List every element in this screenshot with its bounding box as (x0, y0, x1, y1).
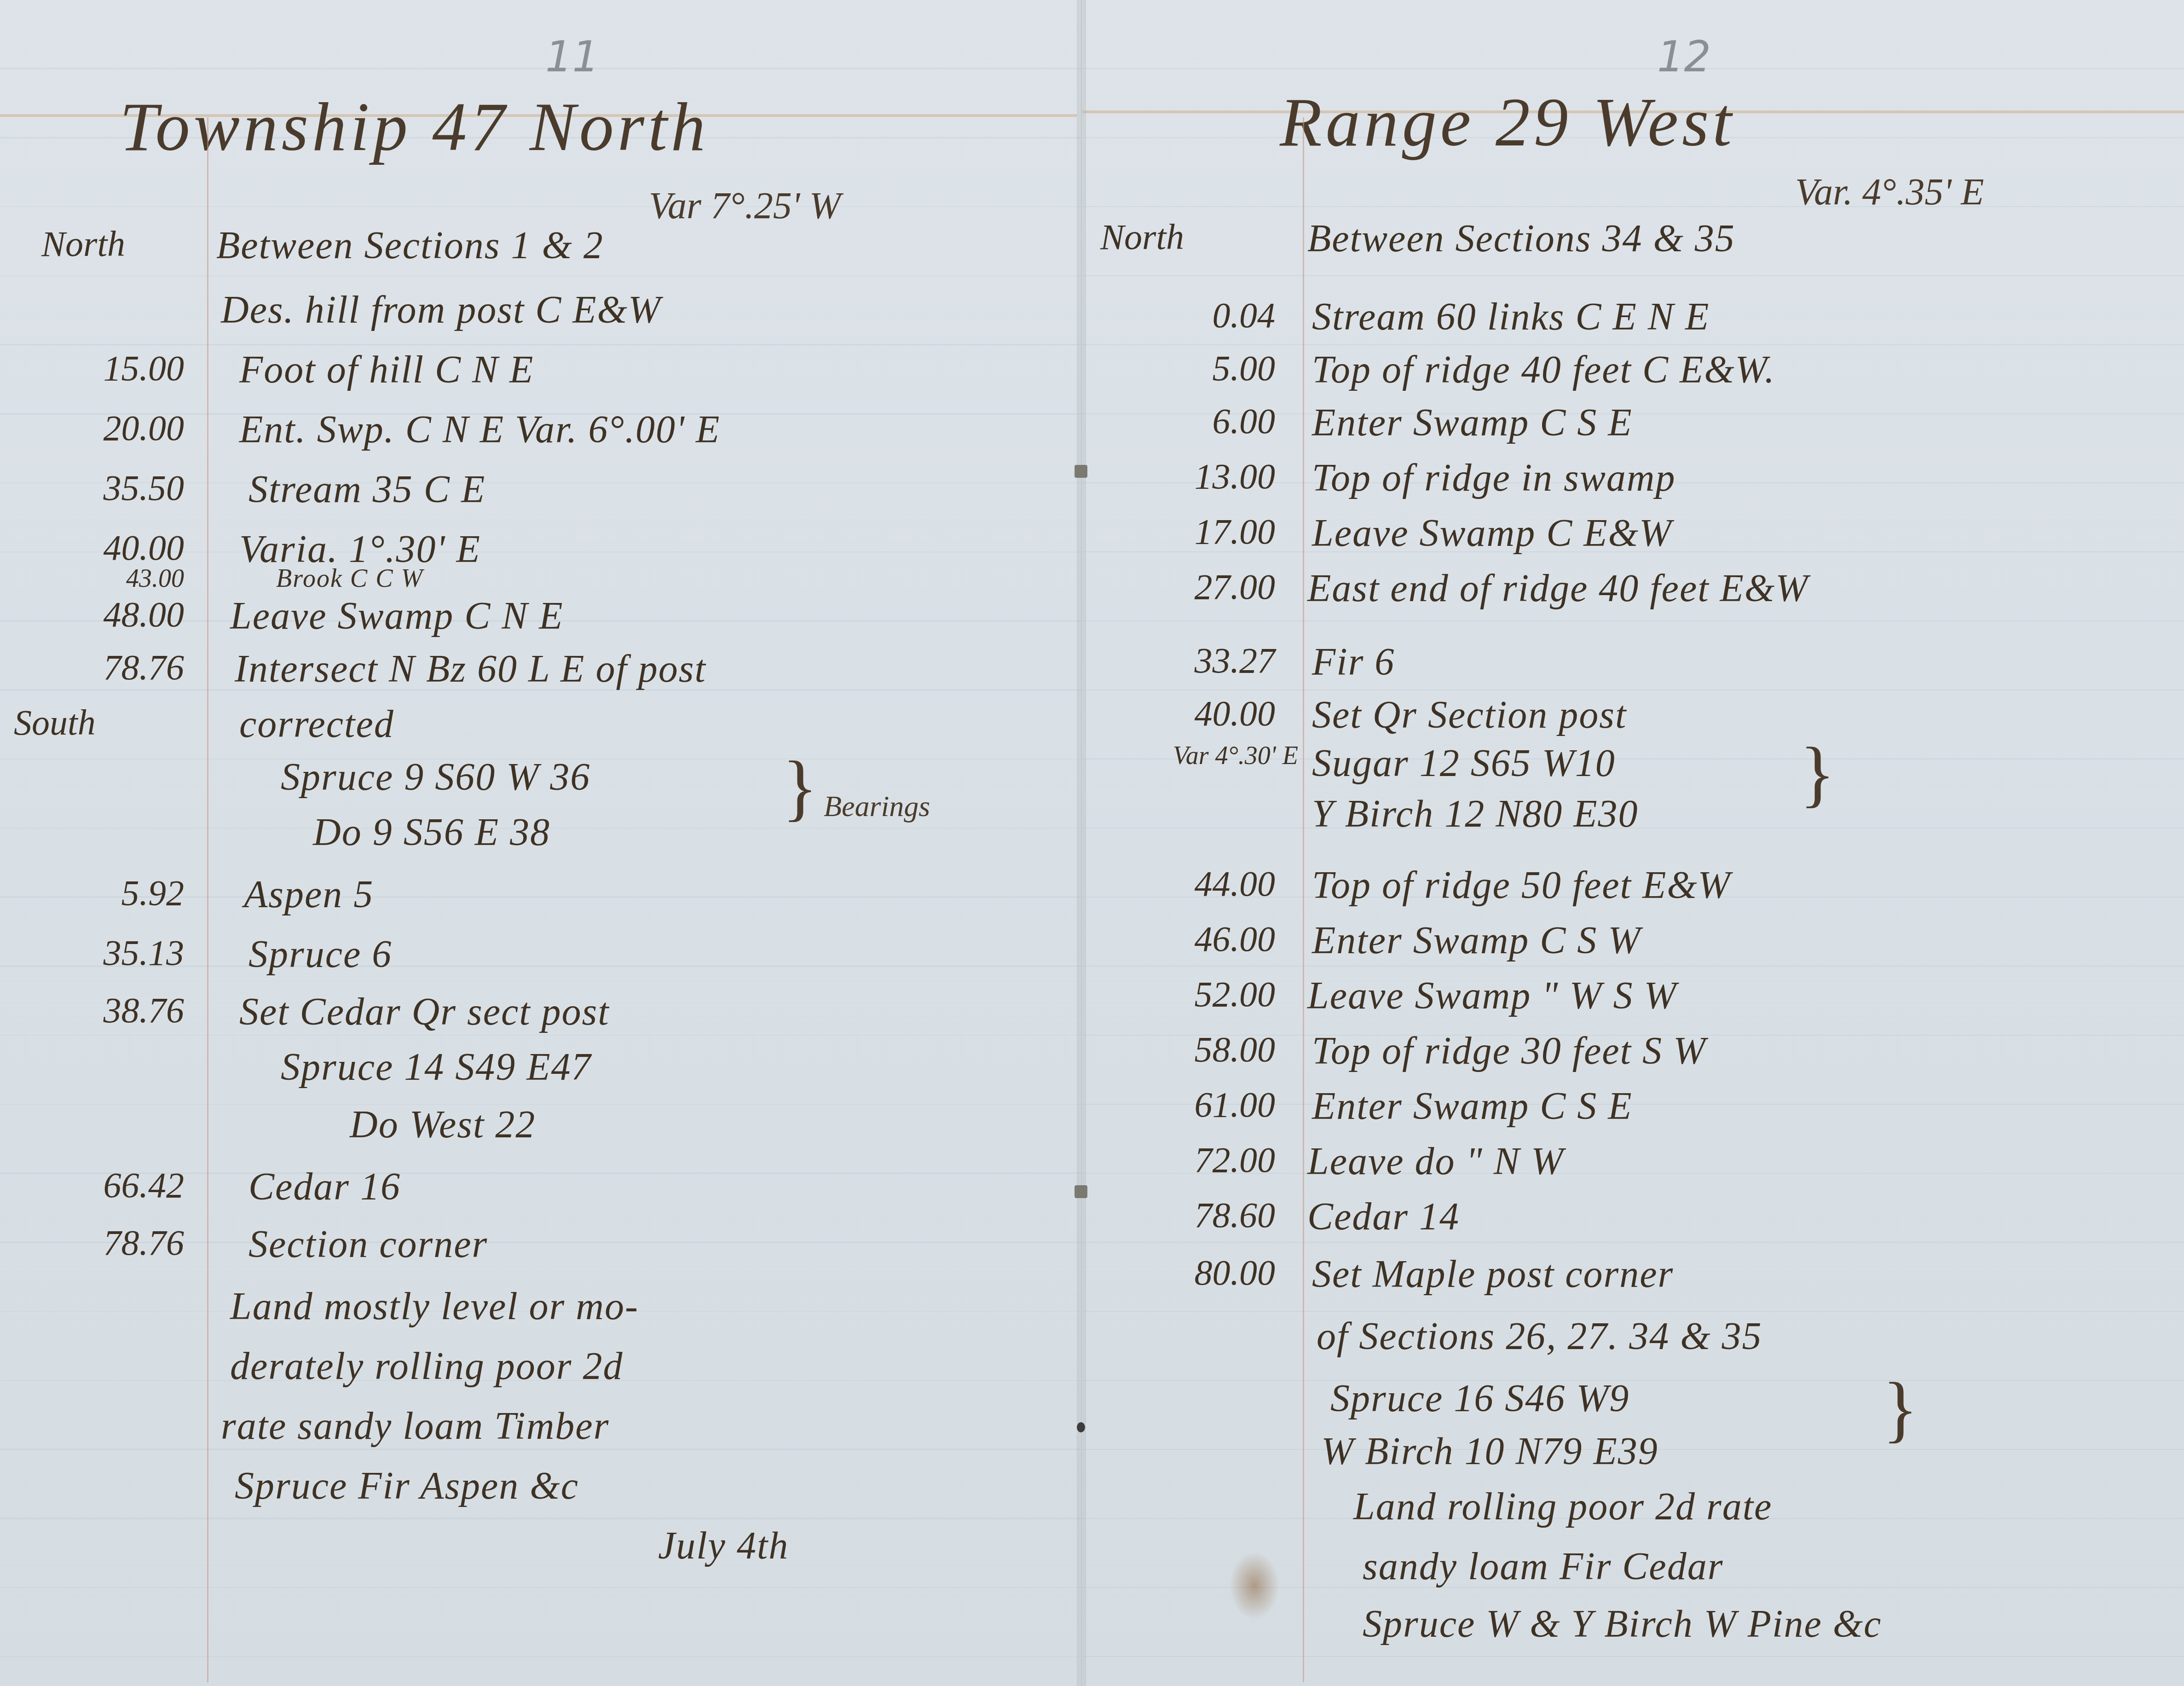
distance: 48.00 (28, 594, 184, 635)
entry-date: July 4th (658, 1524, 789, 1568)
entry-text: Land mostly level or mo- (230, 1284, 639, 1329)
entry-text: Aspen 5 (244, 872, 374, 917)
distance: 78.76 (28, 1222, 184, 1263)
distance: 5.92 (28, 872, 184, 914)
distance: 35.50 (28, 467, 184, 509)
distance: 20.00 (28, 407, 184, 449)
entry-text: Top of ridge 40 feet C E&W. (1312, 348, 1775, 392)
page-number: 12 (1657, 32, 1711, 81)
distance: 40.00 (1109, 693, 1275, 734)
entry-text: Set Maple post corner (1312, 1252, 1674, 1297)
entry-text: Enter Swamp C S E (1312, 400, 1633, 445)
distance: 43.00 (28, 564, 184, 593)
entry-text: Spruce 9 S60 W 36 (281, 755, 590, 800)
entry-text: Intersect N Bz 60 L E of post (235, 647, 706, 691)
distance: 6.00 (1109, 400, 1275, 442)
entry-text: corrected (239, 702, 394, 747)
entry-row: 80.00Set Maple post corner (1082, 1252, 2184, 1307)
entry-text: Spruce 14 S49 E47 (281, 1045, 592, 1089)
distance: 78.60 (1109, 1194, 1275, 1236)
distance: 35.13 (28, 932, 184, 973)
distance: 0.04 (1109, 295, 1275, 336)
entry-row: 78.60Cedar 14 (1082, 1194, 2184, 1250)
entry-text: Y Birch 12 N80 E30 (1312, 792, 1639, 836)
entry-text: Top of ridge in swamp (1312, 456, 1676, 500)
entry-text: W Birch 10 N79 E39 (1321, 1429, 1658, 1474)
distance: 5.00 (1109, 348, 1275, 389)
entry-row: 0.04Stream 60 links C E N E (1082, 295, 2184, 350)
entry-row: NorthBetween Sections 1 & 2 (0, 223, 1081, 278)
entry-row: Des. hill from post C E&W (0, 288, 1081, 343)
entry-text: Leave Swamp C E&W (1312, 511, 1672, 556)
entry-row: 78.76Intersect N Bz 60 L E of post (0, 647, 1081, 702)
entry-row: 52.00Leave Swamp " W S W (1082, 973, 2184, 1029)
entry-text: Do 9 S56 E 38 (313, 810, 550, 855)
bracket-label: Bearings (824, 789, 930, 823)
entry-row: 66.42Cedar 16 (0, 1165, 1081, 1220)
distance: 52.00 (1109, 973, 1275, 1015)
distance: 58.00 (1109, 1029, 1275, 1070)
entry-text: Section corner (248, 1222, 488, 1267)
entry-row: 46.00Enter Swamp C S W (1082, 918, 2184, 973)
entry-text: Top of ridge 50 feet E&W (1312, 863, 1731, 908)
bracket: } (782, 750, 818, 824)
distance: 13.00 (1109, 456, 1275, 497)
binding-gutter (1077, 0, 1086, 1686)
bracket: } (1883, 1372, 1918, 1445)
entry-text: Between Sections 34 & 35 (1307, 216, 1735, 261)
distance: 61.00 (1109, 1084, 1275, 1125)
entry-text: derately rolling poor 2d (230, 1344, 624, 1389)
bearing-row: Var 4°.30' ESugar 12 S65 W10 (1082, 741, 2184, 796)
date-line: July 4th (0, 1524, 1081, 1579)
entry-row: 5.92Aspen 5 (0, 872, 1081, 927)
entry-text: Do West 22 (350, 1102, 536, 1147)
entry-row: 33.27Fir 6 (1082, 640, 2184, 695)
bearing-row: Spruce 14 S49 E47 (0, 1045, 1081, 1100)
entry-text: Enter Swamp C S W (1312, 918, 1641, 963)
entry-text: Cedar 14 (1307, 1194, 1460, 1239)
entry-text: Sugar 12 S65 W10 (1312, 741, 1616, 786)
bearing-row: Do West 22 (0, 1102, 1081, 1158)
bearing-row: W Birch 10 N79 E39 (1082, 1429, 2184, 1484)
entry-row: 13.00Top of ridge in swamp (1082, 456, 2184, 511)
binding-stitch (1075, 1185, 1087, 1198)
entry-row: 61.00Enter Swamp C S E (1082, 1084, 2184, 1139)
entry-text: Spruce W & Y Birch W Pine &c (1363, 1602, 1882, 1646)
entry-row: 48.00Leave Swamp C N E (0, 594, 1081, 649)
entry-text: Land rolling poor 2d rate (1353, 1484, 1772, 1529)
bracket: } (1800, 736, 1835, 810)
entry-text: Ent. Swp. C N E Var. 6°.00' E (239, 407, 720, 452)
entry-text: sandy loam Fir Cedar (1363, 1544, 1723, 1589)
distance: 78.76 (28, 647, 184, 688)
ink-stain (1229, 1551, 1280, 1620)
direction-label: North (41, 223, 198, 265)
bearing-row: Spruce 16 S46 W9 (1082, 1376, 2184, 1431)
entry-row: 38.76Set Cedar Qr sect post (0, 990, 1081, 1045)
entry-text: Leave Swamp " W S W (1307, 973, 1677, 1018)
remarks-line: rate sandy loam Timber (0, 1404, 1081, 1459)
entry-text: Spruce 16 S46 W9 (1330, 1376, 1629, 1421)
distance: 17.00 (1109, 511, 1275, 552)
entry-text: Top of ridge 30 feet S W (1312, 1029, 1706, 1073)
entry-row: 58.00Top of ridge 30 feet S W (1082, 1029, 2184, 1084)
entry-text: rate sandy loam Timber (221, 1404, 609, 1448)
remarks-line: Spruce Fir Aspen &c (0, 1464, 1081, 1519)
entry-row: 35.13Spruce 6 (0, 932, 1081, 987)
distance: 27.00 (1109, 566, 1275, 608)
page-number: 11 (545, 32, 599, 81)
distance: 80.00 (1109, 1252, 1275, 1293)
entry-row: 40.00Set Qr Section post (1082, 693, 2184, 748)
entry-row: Southcorrected (0, 702, 1081, 757)
entry-text: Stream 60 links C E N E (1312, 295, 1710, 339)
binding-hole (1077, 1422, 1085, 1432)
distance: 46.00 (1109, 918, 1275, 960)
entry-text: Leave do " N W (1307, 1139, 1564, 1184)
entry-text: Stream 35 C E (248, 467, 485, 512)
bearing-row: Y Birch 12 N80 E30 (1082, 792, 2184, 847)
entry-text: Set Qr Section post (1312, 693, 1627, 737)
left-page: 11 Township 47 North Var 7°.25' W NorthB… (0, 0, 1082, 1686)
entry-text: Foot of hill C N E (239, 348, 534, 392)
entry-text: Cedar 16 (248, 1165, 401, 1209)
entry-row: 6.00Enter Swamp C S E (1082, 400, 2184, 456)
entry-row: 17.00Leave Swamp C E&W (1082, 511, 2184, 566)
distance: 44.00 (1109, 863, 1275, 904)
remarks-line: Land mostly level or mo- (0, 1284, 1081, 1339)
entry-text: Enter Swamp C S E (1312, 1084, 1633, 1129)
variation-note: Var 7°.25' W (649, 184, 841, 227)
entry-text: Between Sections 1 & 2 (216, 223, 604, 268)
distance: 66.42 (28, 1165, 184, 1206)
remarks-line: derately rolling poor 2d (0, 1344, 1081, 1399)
variation-note: Var 4°.30' E (1091, 741, 1298, 771)
entry-row: 72.00Leave do " N W (1082, 1139, 2184, 1194)
entry-text: Fir 6 (1312, 640, 1395, 684)
binding-stitch (1075, 465, 1087, 478)
page-title: Range 29 West (1280, 83, 1735, 162)
entry-text: Des. hill from post C E&W (221, 288, 661, 332)
entry-text: Set Cedar Qr sect post (239, 990, 610, 1034)
entry-text: Spruce Fir Aspen &c (235, 1464, 579, 1508)
direction-label: South (14, 702, 189, 743)
distance: 38.76 (28, 990, 184, 1031)
distance: 40.00 (28, 527, 184, 568)
distance: 15.00 (28, 348, 184, 389)
entry-text: Brook C C W (276, 564, 423, 593)
entry-row: of Sections 26, 27. 34 & 35 (1082, 1314, 2184, 1369)
right-page: 12 Range 29 West Var. 4°.35' E NorthBetw… (1082, 0, 2184, 1686)
entry-row: 5.00Top of ridge 40 feet C E&W. (1082, 348, 2184, 403)
variation-note: Var. 4°.35' E (1795, 170, 1984, 214)
remarks-line: Land rolling poor 2d rate (1082, 1484, 2184, 1540)
entry-row: 20.00Ent. Swp. C N E Var. 6°.00' E (0, 407, 1081, 463)
entry-text: of Sections 26, 27. 34 & 35 (1317, 1314, 1762, 1359)
entry-row: 15.00Foot of hill C N E (0, 348, 1081, 403)
entry-text: Leave Swamp C N E (230, 594, 564, 638)
entry-row: 78.76Section corner (0, 1222, 1081, 1277)
distance: 72.00 (1109, 1139, 1275, 1181)
notebook-spread: 11 Township 47 North Var 7°.25' W NorthB… (0, 0, 2184, 1686)
entry-text: Spruce 6 (248, 932, 392, 977)
entry-text: East end of ridge 40 feet E&W (1307, 566, 1808, 611)
entry-row: NorthBetween Sections 34 & 35 (1082, 216, 2184, 272)
distance: 33.27 (1109, 640, 1275, 681)
entry-row: 44.00Top of ridge 50 feet E&W (1082, 863, 2184, 918)
entry-row: 35.50Stream 35 C E (0, 467, 1081, 522)
entry-row: 27.00East end of ridge 40 feet E&W (1082, 566, 2184, 621)
direction-label: North (1100, 216, 1294, 258)
